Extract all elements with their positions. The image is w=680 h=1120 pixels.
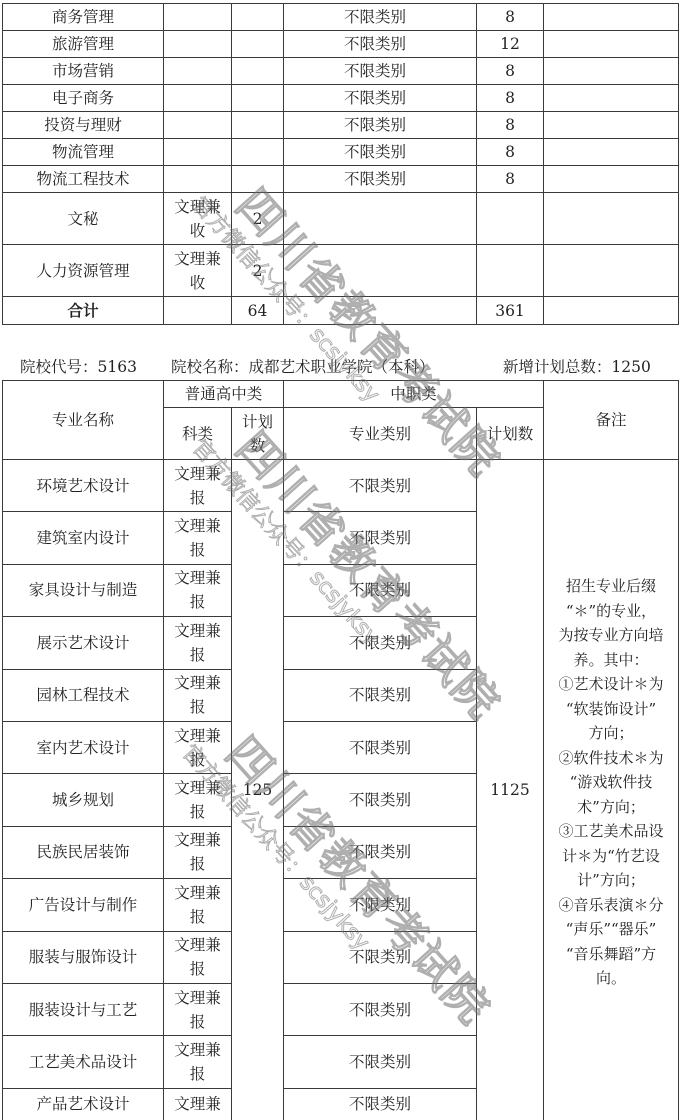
vocational-plan: 8 xyxy=(477,166,544,193)
note-cell: 招生专业后缀“＊”的专业，为按专业方向培养。其中：①艺术设计＊为“软装饰设计”方… xyxy=(544,460,679,1120)
subject-type: 文理兼报 xyxy=(164,564,232,616)
table-row: 人力资源管理 文理兼 收 2 xyxy=(3,245,679,297)
school-name: 院校名称：成都艺术职业学院（本科） xyxy=(171,355,498,377)
vocational-category: 不限类别 xyxy=(284,58,477,85)
major-name: 工艺美术品设计 xyxy=(3,1036,164,1088)
subject-type: 文理兼报 xyxy=(164,931,232,983)
table-row: 文秘 文理兼 收 2 xyxy=(3,193,679,245)
subject-type: 文理兼报 xyxy=(164,826,232,878)
major-name: 民族民居装饰 xyxy=(3,826,164,878)
vocational-category: 不限类别 xyxy=(284,879,477,931)
table-row: 物流工程技术 不限类别 8 xyxy=(3,166,679,193)
vocational-category: 不限类别 xyxy=(284,721,477,773)
general-plan xyxy=(232,58,284,85)
general-plan xyxy=(232,166,284,193)
vocational-category: 不限类别 xyxy=(284,774,477,826)
subject-type: 文理兼报 xyxy=(164,983,232,1035)
general-plan: 2 xyxy=(232,245,284,297)
note xyxy=(544,112,679,139)
vocational-category: 不限类别 xyxy=(284,1036,477,1088)
vocational-category: 不限类别 xyxy=(284,85,477,112)
total-vocational-plan: 361 xyxy=(477,297,544,325)
note xyxy=(544,31,679,58)
note-line: 招生专业后缀 xyxy=(548,574,674,599)
major-name: 市场营销 xyxy=(3,58,164,85)
header-row-1: 专业名称 普通高中类 中职类 备注 xyxy=(3,381,679,408)
subject-type xyxy=(164,139,232,166)
header-vocational: 中职类 xyxy=(284,381,544,408)
table-row: 市场营销 不限类别 8 xyxy=(3,58,679,85)
major-name: 服装设计与工艺 xyxy=(3,983,164,1035)
merged-vocational-plan: 1125 xyxy=(477,460,544,1120)
note-line: 方向； xyxy=(548,721,674,746)
subject-type xyxy=(164,85,232,112)
vocational-category: 不限类别 xyxy=(284,139,477,166)
subject-type: 文理兼报 xyxy=(164,460,232,512)
note-line: 计＊为“竹艺设 xyxy=(548,844,674,869)
vocational-category: 不限类别 xyxy=(284,1088,477,1120)
note-line: “＊”的专业， xyxy=(548,599,674,624)
major-name: 投资与理财 xyxy=(3,112,164,139)
note xyxy=(544,245,679,297)
vocational-category xyxy=(284,245,477,297)
subject-type xyxy=(164,112,232,139)
note xyxy=(544,139,679,166)
general-plan xyxy=(232,31,284,58)
header-subject: 科类 xyxy=(164,408,232,460)
note-line: “软装饰设计” xyxy=(548,697,674,722)
vocational-plan: 12 xyxy=(477,31,544,58)
vocational-plan: 8 xyxy=(477,85,544,112)
major-name: 服装与服饰设计 xyxy=(3,931,164,983)
vocational-category: 不限类别 xyxy=(284,112,477,139)
note-line: ②软件技术＊为 xyxy=(548,746,674,771)
table-row: 旅游管理 不限类别 12 xyxy=(3,31,679,58)
subject-type: 文理兼报 xyxy=(164,1036,232,1088)
note-line: “声乐”“器乐” xyxy=(548,917,674,942)
header-category: 专业类别 xyxy=(284,408,477,460)
table-row: 环境艺术设计 文理兼报 125 不限类别 1125 招生专业后缀“＊”的专业，为… xyxy=(3,460,679,512)
note-line: ③工艺美术品设 xyxy=(548,819,674,844)
vocational-plan: 8 xyxy=(477,4,544,31)
major-name: 产品艺术设计 xyxy=(3,1088,164,1120)
general-plan: 2 xyxy=(232,193,284,245)
vocational-category: 不限类别 xyxy=(284,460,477,512)
subject-type: 文理兼报 xyxy=(164,512,232,564)
subject-type: 文理兼 收 xyxy=(164,245,232,297)
new-plan-total: 新增计划总数：1250 xyxy=(503,355,651,377)
major-name: 展示艺术设计 xyxy=(3,617,164,669)
header-plan: 计划 数 xyxy=(232,408,284,460)
merged-general-plan: 125 xyxy=(232,460,284,1120)
total-row: 合计 64 361 xyxy=(3,297,679,325)
general-plan xyxy=(232,4,284,31)
note-text: 招生专业后缀“＊”的专业，为按专业方向培养。其中：①艺术设计＊为“软装饰设计”方… xyxy=(548,574,674,991)
note-line: 为按专业方向培 xyxy=(548,623,674,648)
major-name: 广告设计与制作 xyxy=(3,879,164,931)
subject-type: 文理兼 收 xyxy=(164,193,232,245)
subject-type: 文理兼报 xyxy=(164,879,232,931)
major-name: 物流工程技术 xyxy=(3,166,164,193)
subject-type xyxy=(164,4,232,31)
vocational-plan: 8 xyxy=(477,58,544,85)
total-general-plan: 64 xyxy=(232,297,284,325)
vocational-category: 不限类别 xyxy=(284,931,477,983)
vocational-category: 不限类别 xyxy=(284,512,477,564)
header-vocational-plan: 计划数 xyxy=(477,408,544,460)
major-name: 电子商务 xyxy=(3,85,164,112)
table-row: 电子商务 不限类别 8 xyxy=(3,85,679,112)
note-line: 术”方向； xyxy=(548,795,674,820)
vocational-category: 不限类别 xyxy=(284,564,477,616)
note-line: 向。 xyxy=(548,966,674,991)
major-name: 文秘 xyxy=(3,193,164,245)
major-name: 室内艺术设计 xyxy=(3,721,164,773)
note xyxy=(544,85,679,112)
subject-type xyxy=(164,166,232,193)
major-name: 城乡规划 xyxy=(3,774,164,826)
total-category xyxy=(284,297,477,325)
vocational-category: 不限类别 xyxy=(284,617,477,669)
table-row: 商务管理 不限类别 8 xyxy=(3,4,679,31)
vocational-category: 不限类别 xyxy=(284,4,477,31)
school-info-line: 院校代号：5163 院校名称：成都艺术职业学院（本科） 新增计划总数：1250 xyxy=(20,355,680,377)
header-note: 备注 xyxy=(544,381,679,460)
major-name: 人力资源管理 xyxy=(3,245,164,297)
subject-type: 文理兼报 xyxy=(164,669,232,721)
note-line: “音乐舞蹈”方 xyxy=(548,942,674,967)
vocational-category xyxy=(284,193,477,245)
vocational-category: 不限类别 xyxy=(284,826,477,878)
subject-type xyxy=(164,31,232,58)
vocational-plan xyxy=(477,245,544,297)
note-line: 计”方向； xyxy=(548,868,674,893)
total-label: 合计 xyxy=(3,297,164,325)
vocational-category: 不限类别 xyxy=(284,31,477,58)
vocational-category: 不限类别 xyxy=(284,669,477,721)
subject-type xyxy=(164,58,232,85)
major-name: 物流管理 xyxy=(3,139,164,166)
major-name: 旅游管理 xyxy=(3,31,164,58)
vocational-plan xyxy=(477,193,544,245)
subject-type: 文理兼报 xyxy=(164,617,232,669)
enrollment-table-previous-school: 商务管理 不限类别 8 旅游管理 不限类别 12 市场营销 不限类别 8 电子商… xyxy=(2,3,679,325)
header-major-name: 专业名称 xyxy=(3,381,164,460)
major-name: 建筑室内设计 xyxy=(3,512,164,564)
vocational-category: 不限类别 xyxy=(284,166,477,193)
note-line: ①艺术设计＊为 xyxy=(548,672,674,697)
vocational-category: 不限类别 xyxy=(284,983,477,1035)
total-subject xyxy=(164,297,232,325)
subject-type: 文理兼 xyxy=(164,1088,232,1120)
note xyxy=(544,58,679,85)
general-plan xyxy=(232,112,284,139)
school-code: 院校代号：5163 xyxy=(20,355,166,377)
vocational-plan: 8 xyxy=(477,139,544,166)
note-line: ④音乐表演＊分 xyxy=(548,893,674,918)
general-plan xyxy=(232,85,284,112)
enrollment-table-chengdu-art: 专业名称 普通高中类 中职类 备注 科类 计划 数 专业类别 计划数 环境艺术设… xyxy=(2,380,679,1120)
major-name: 商务管理 xyxy=(3,4,164,31)
major-name: 环境艺术设计 xyxy=(3,460,164,512)
header-general-high-school: 普通高中类 xyxy=(164,381,284,408)
general-plan xyxy=(232,139,284,166)
note xyxy=(544,166,679,193)
major-name: 家具设计与制造 xyxy=(3,564,164,616)
note xyxy=(544,4,679,31)
vocational-plan: 8 xyxy=(477,112,544,139)
table-row: 投资与理财 不限类别 8 xyxy=(3,112,679,139)
major-name: 园林工程技术 xyxy=(3,669,164,721)
note-line: “游戏软件技 xyxy=(548,770,674,795)
subject-type: 文理兼报 xyxy=(164,721,232,773)
table-row: 物流管理 不限类别 8 xyxy=(3,139,679,166)
total-note xyxy=(544,297,679,325)
note-line: 养。其中： xyxy=(548,648,674,673)
subject-type: 文理兼报 xyxy=(164,774,232,826)
note xyxy=(544,193,679,245)
